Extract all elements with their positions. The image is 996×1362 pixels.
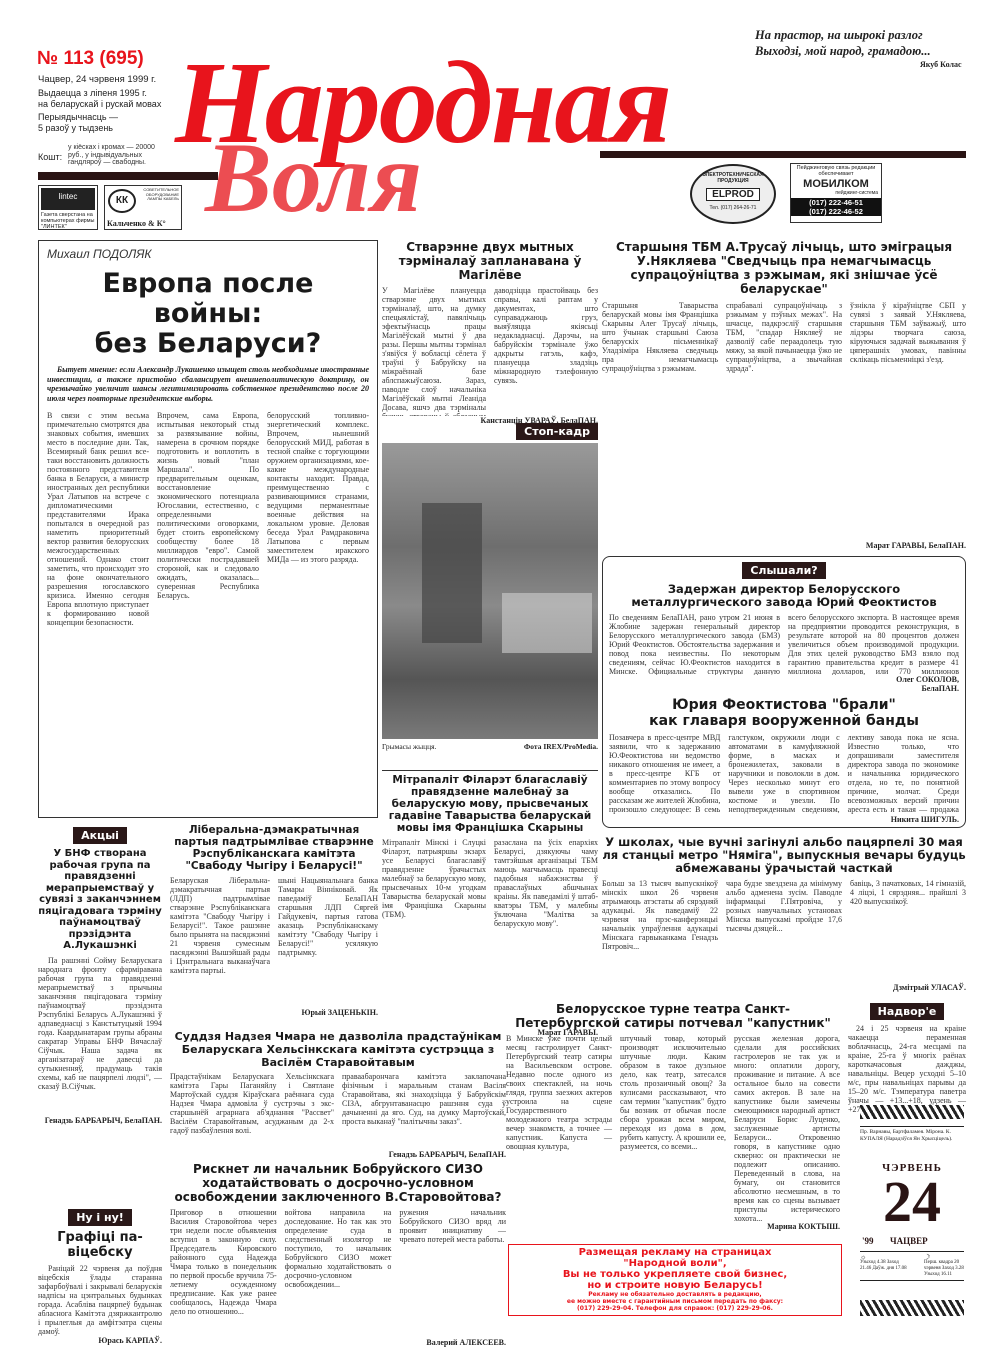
rubric-stop-kadr: Стоп-кадр [516,423,598,440]
masthead-rule-right [600,151,966,158]
liberal-title: Ліберальна-дэмакратычная партыя падтрымл… [170,824,378,872]
aktsyi-signature: Генадзь БАРБАРЫЧ, БелаПАН. [38,1116,162,1125]
article-lead: Бытует мнение: если Александр Лукашенко … [47,365,369,403]
mobilcom-phone-1: (017) 222-46-51 [791,198,881,207]
rubric-slyshali: Слышали? [742,562,825,579]
price-label: Кошт: [38,152,62,162]
nu-i-nu-title: Графіці па-віцебску [38,1230,162,1260]
advertising-banner: Размещая рекламу на страницах "Народной … [508,1244,842,1316]
issue-number: № 113 (695) [37,48,144,70]
calendar-ornament-bottom [860,1300,964,1316]
weather-text: 24 і 25 чэрвеня на краіне чакаецца перам… [848,1024,966,1114]
languages: на беларускай і рускай мовах [38,99,161,109]
feoktistov-news-title: Задержан директор Белорусского металлург… [609,583,959,609]
nu-i-nu-article: Ну і ну! Графіці па-віцебску Раніцай 22 … [38,1208,162,1358]
periodicity-2: 5 разоў у тыдзень [38,123,113,133]
aktsyi-article: Акцыі У БНФ створана рабочая група па пр… [38,826,162,1176]
lintec-logo: lintec [41,188,95,210]
theatre-signature: Марина КОКТЫШ. [506,1222,840,1231]
rubric-nadvore: Надвор'е [870,1003,945,1020]
feoktistov-arrest-signature: Никита ШИГУЛЬ. [609,815,959,824]
nu-i-nu-signature: Юрась КАРПАЎ. [38,1336,162,1345]
article-title: Европа после войны: без Беларуси? [47,269,369,359]
photo-credit: Фота IREX/ProMedia. [524,742,598,751]
mobilcom-ad: Пейджинговую связь редакции обеспечивает… [790,163,882,223]
liberal-signature: Юрый ЗАЦЕНЬКІН. [170,1008,378,1017]
calendar-ornament-top [860,1105,964,1119]
mobilcom-phone-2: (017) 222-46-52 [791,207,881,216]
trusau-title: Старшыня ТБМ А.Трусаў лічыць, што эмігра… [602,240,966,296]
customs-article: Стварэнне двух мытных тэрміналаў заплана… [382,240,598,410]
epigraph-line1: На прастор, на шырокі разлог [755,28,923,43]
published-since: Выдаецца з ліпеня 1995 г. [38,88,147,98]
bobruisk-article: Рискнет ли начальник Бобруйского СИЗО хо… [170,1162,506,1358]
weather-block: Надвор'е 24 і 25 чэрвеня на краіне чакае… [848,1002,966,1102]
school-signature: Дзмітрый УЛАСАЎ. [602,983,966,992]
school-article: У школах, чые вучні загінулі альбо пацяр… [602,836,966,996]
kalchenko-ad: КК СОВЕТИТЕЛЬНОЕ ОБОРУДОВАНИЕ ЛАМПЫ КАБЕ… [104,185,182,230]
school-title: У школах, чые вучні загінулі альбо пацяр… [602,836,966,875]
newspaper-title-line2: Воля [205,128,422,228]
epigraph-line2: Выходзі, мой народ, грамадою... [755,44,931,59]
bobruisk-signature: Валерий АЛЕКСЕЕВ. [170,1338,506,1347]
aktsyi-title: У БНФ створана рабочая група па правядзе… [38,848,162,952]
periodicity-1: Перыядычнасць — [38,112,118,122]
feoktistov-block: Слышали? Задержан директор Белорусского … [602,556,966,828]
trusau-signature: Марат ГАРАВЫ, БелаПАН. [602,541,966,550]
article-author: Михаил ПОДОЛЯК [47,247,369,261]
masthead-rule-left [38,172,218,180]
calendar-names: Пр. Варнавы, Бартфаламея. Мірона. К. КУП… [860,1126,964,1142]
theatre-title: Белорусское турне театра Санкт-Петербург… [506,1002,840,1030]
feoktistov-arrest-title: Юрия Феоктистова "брали"как главаря воор… [609,697,959,729]
kk-logo-icon: КК [108,189,136,213]
calendar-astro: ☼Узыход 4.38 Заход 21.46 Даўж. дня 17.08… [860,1251,964,1281]
news-photo [382,443,598,739]
feoktistov-news-signature: Олег СОКОЛОВ,БелаПАН. [609,675,959,693]
calendar-year: '99 [862,1236,874,1246]
rubric-aktsyi: Акцыі [73,827,127,844]
lintec-ad: lintec Газета сверстана на компьютерах ф… [38,185,98,230]
photo-caption: Грымасы жыцця. [382,742,437,751]
masthead: № 113 (695) Чацвер, 24 чэрвеня 1999 г. В… [0,0,996,230]
liberal-party-article: Ліберальна-дэмакратычная партыя падтрымл… [170,824,378,1024]
metropolitan-title: Мітрапаліт Філарэт благаславіў правядзен… [382,774,598,834]
helsinki-title: Суддзя Надзея Чмара не дазволіла прадста… [170,1030,506,1069]
helsinki-signature: Генадзь БАРБАРЫЧ, БелаПАН. [170,1150,506,1159]
price-text: у кіёсках і кромах — 20000 руб., у індыв… [68,144,158,167]
helsinki-article: Суддзя Надзея Чмара не дазволіла прадста… [170,1030,506,1158]
bobruisk-title: Рискнет ли начальник Бобруйского СИЗО хо… [170,1162,506,1204]
theatre-article: Белорусское турне театра Санкт-Петербург… [506,1002,840,1242]
issue-date: Чацвер, 24 чэрвеня 1999 г. [38,74,156,85]
epigraph-author: Якуб Колас [920,60,962,69]
trusau-article: Старшыня ТБМ А.Трусаў лічыць, што эмігра… [602,240,966,550]
stop-kadr-photo: Стоп-кадр Грымасы жыцця. Фота IREX/ProMe… [382,422,598,758]
elprod-ad: ЭЛЕКТРОТЕХНИЧЕСКАЯ ПРОДУКЦИЯ ELPROD Тел.… [690,164,776,224]
article-body: В связи с этим весьма примечательно смот… [47,411,369,851]
lead-article: Михаил ПОДОЛЯК Европа после войны: без Б… [38,240,378,818]
rubric-nu-i-nu: Ну і ну! [68,1209,132,1226]
calendar-weekday: ЧАЦВЕР [890,1236,928,1246]
calendar-day: 24 [870,1172,954,1232]
metropolitan-article: Мітрапаліт Філарэт благаславіў правядзен… [382,770,598,1034]
customs-title: Стварэнне двух мытных тэрміналаў заплана… [382,240,598,282]
